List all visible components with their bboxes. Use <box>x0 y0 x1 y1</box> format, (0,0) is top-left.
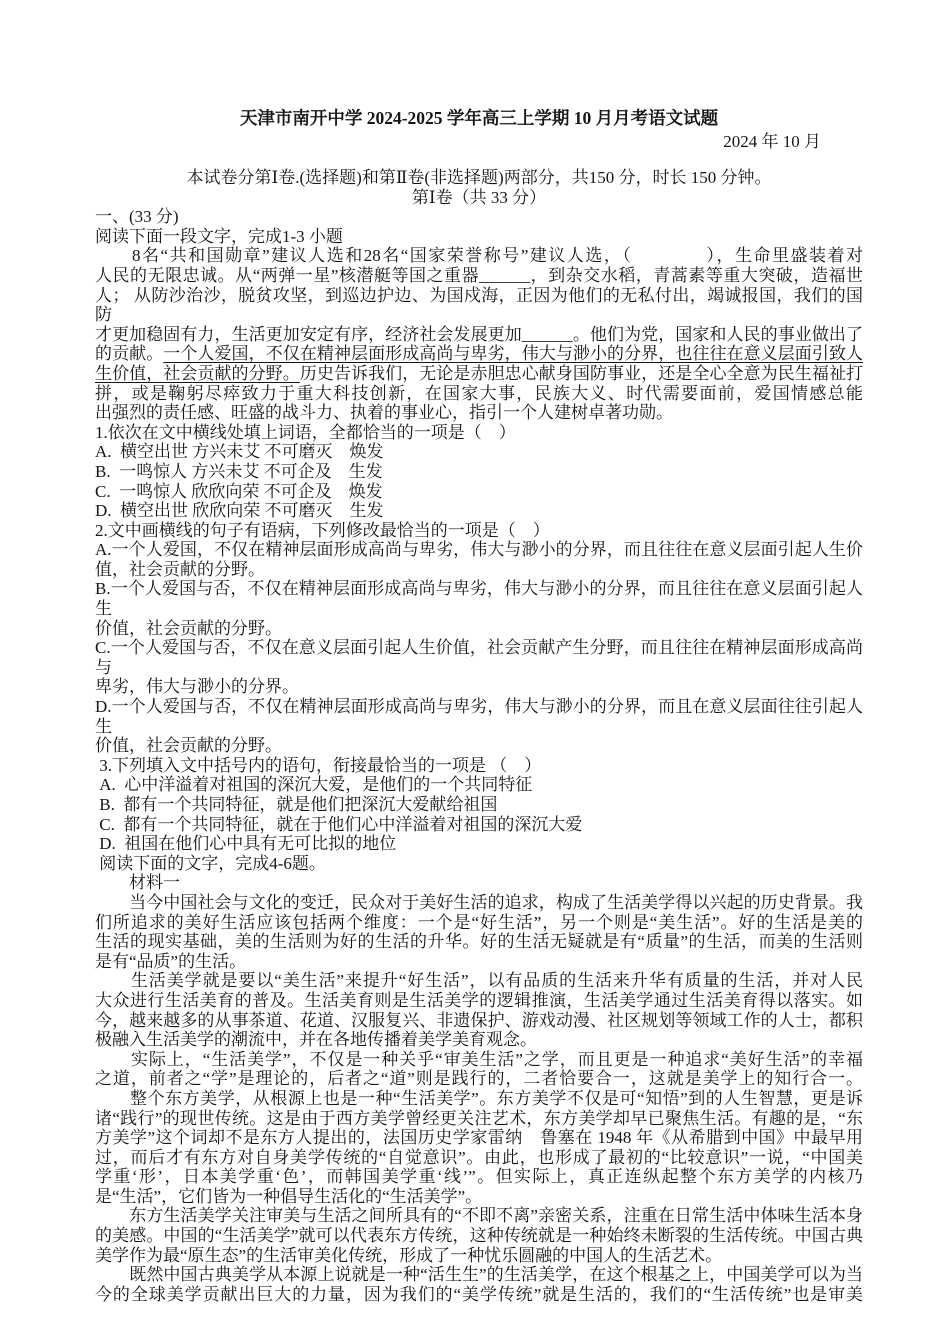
text-line: B. 都有一个共同特征，就是他们把深沉大爱献给祖国 <box>95 795 863 815</box>
text-segment: 当今中国社会与文化的变迁，民众对于美好生活的追求，构成了生活美学得以兴起的历史背… <box>95 893 863 912</box>
question-1-option-c: C. 一鸣惊人 欣欣向荣 不可企及 焕发 <box>95 482 863 502</box>
text-line: 的贡献。一个人爱国，不仅在精神层面形成高尚与卑劣，伟大与渺小的分界，也往往在意义… <box>95 344 863 364</box>
material-1-paragraph-1: 当今中国社会与文化的变迁，民众对于美好生活的追求，构成了生活美学得以兴起的历史背… <box>95 893 863 971</box>
text-segment: 们所追求的美好生活应该包括两个维度：一个是“好生活”，另一个则是“美生活”。好的… <box>95 913 863 932</box>
text-line: 当今中国社会与文化的变迁，民众对于美好生活的追求，构成了生活美学得以兴起的历史背… <box>95 893 863 913</box>
text-segment: 人民的无限忠诚。从“两弹一星”核潜艇等国之重器______，到杂交水稻，青蒿素等… <box>95 266 863 285</box>
text-segment: 今的全球美学贡献出巨大的力量，因为我们的“美学传统”就是生活的，我们的“生活传统… <box>95 1285 863 1304</box>
text-segment: 一、(33 分) <box>95 207 179 226</box>
text-segment: C.一个人爱国与否，不仅在意义层面引起人生价值，社会贡献产生分野，而且往往在精神… <box>95 638 863 677</box>
material-1-heading: 材料一 <box>95 873 863 893</box>
text-line: 大众进行生活美育的普及。生活美育则是生活美学的逻辑推演，生活美学通过生活美育得以… <box>95 991 863 1011</box>
question-1-stem: 1.依次在文中横线处填上词语，全都恰当的一项是（ ） <box>95 423 863 443</box>
material-1-paragraph-4: 整个东方美学，从根源上也是一种“生活美学”。东方美学不仅是可“知悟”到的人生智慧… <box>95 1089 863 1207</box>
question-3-option-b: B. 都有一个共同特征，就是他们把深沉大爱献给祖国 <box>95 795 863 815</box>
text-segment: B. 一鸣惊人 方兴未艾 不可企及 生发 <box>95 462 383 481</box>
text-line: 诸“践行”的现世传统。这是由于西方美学曾经更关注艺术，东方美学却早已聚焦生活。有… <box>95 1109 863 1129</box>
text-line: 东方生活美学关注审美与生活之间所具有的“不即不离”亲密关系，注重在日常生活中体味… <box>95 1206 863 1226</box>
text-segment: 2.文中画横线的句子有语病，下列修改最恰当的一项是（ ） <box>95 521 550 540</box>
document-date: 2024 年 10 月 <box>95 130 863 154</box>
text-segment: 既然中国古典美学从本源上说就是一种“活生生”的生活美学，在这个根基之上，中国美学… <box>95 1265 863 1284</box>
question-3-option-d: D. 祖国在他们心中具有无可比拟的地位 <box>95 834 863 854</box>
text-segment: 是有“品质”的生活。 <box>95 952 246 971</box>
reading-passage-1: 8名“共和国勋章”建议人选和28名“国家荣誉称号”建议人选，（ ），生命里盛装着… <box>95 246 863 422</box>
text-line: 2.文中画横线的句子有语病，下列修改最恰当的一项是（ ） <box>95 521 863 541</box>
question-3-stem: 3.下列填入文中括号内的语句，衔接最恰当的一项是 （ ） <box>95 756 863 776</box>
text-line: 整个东方美学，从根源上也是一种“生活美学”。东方美学不仅是可“知悟”到的人生智慧… <box>95 1089 863 1109</box>
text-line: 材料一 <box>95 873 863 893</box>
text-line: C.一个人爱国与否，不仅在意义层面引起人生价值，社会贡献产生分野，而且往往在精神… <box>95 638 863 677</box>
question-2-option-c: C.一个人爱国与否，不仅在意义层面引起人生价值，社会贡献产生分野，而且往往在精神… <box>95 638 863 697</box>
text-segment: 之道，前者之“学”是理论的，后者之“道”则是践行的，二者恰要合一，这就是美学上的… <box>95 1069 863 1088</box>
text-segment: 今，越来越多的从事茶道、花道、汉服复兴、非遗保护、游戏动漫、社区规划等领域工作的… <box>95 1011 863 1030</box>
text-line: B.一个人爱国与否，不仅在精神层面形成高尚与卑劣，伟大与渺小的分界，而且往往在意… <box>95 579 863 618</box>
text-segment: 值，社会贡献的分野。 <box>95 560 265 579</box>
text-segment: 卑劣，伟大与渺小的分界。 <box>95 677 299 696</box>
document-title: 天津市南开中学 2024-2025 学年高三上学期 10 月月考语文试题 <box>95 106 863 130</box>
text-line: 之道，前者之“学”是理论的，后者之“道”则是践行的，二者恰要合一，这就是美学上的… <box>95 1069 863 1089</box>
text-segment: D. 祖国在他们心中具有无可比拟的地位 <box>95 834 396 853</box>
document-body: 一、(33 分)阅读下面一段文字，完成1-3 小题 8名“共和国勋章”建议人选和… <box>95 207 863 1304</box>
text-segment: 过，而后才有东方对自身美学传统的“自觉意识”。由此，也形成了最初的“比较意识”一… <box>95 1148 863 1167</box>
material-1-paragraph-3: 实际上，“生活美学”，不仅是一种关乎“审美生活”之学，而且更是一种追求“美好生活… <box>95 1050 863 1089</box>
text-segment: A. 心中洋溢着对祖国的深沉大爱，是他们的一个共同特征 <box>95 775 532 794</box>
text-segment: 生活美学就是要以“美生活”来提升“好生活”，以有品质的生活来升华有质量的生活，并… <box>95 971 863 990</box>
text-line: 极融入生活美学的潮流中，并在各地传播着美学美育观念。 <box>95 1030 863 1050</box>
question-3-option-a: A. 心中洋溢着对祖国的深沉大爱，是他们的一个共同特征 <box>95 775 863 795</box>
underlined-text: 一个人爱国，不仅在精神层面形成高尚与卑劣，伟大与渺小的分界，也往往在意义层面引致… <box>163 344 863 363</box>
text-segment: 历史告诉我们，无论是赤胆忠心献身国防事业，还是全心全意为民生福祉打 <box>300 364 863 383</box>
text-line: 值，社会贡献的分野。 <box>95 560 863 580</box>
text-line: 价值，社会贡献的分野。 <box>95 619 863 639</box>
text-line: 一、(33 分) <box>95 207 863 227</box>
text-segment: A.一个人爱国，不仅在精神层面形成高尚与卑劣，伟大与渺小的分界，而且往往在意义层… <box>95 540 863 559</box>
text-line: 才更加稳固有力，生活更加安定有序，经济社会发展更加______。他们为党，国家和… <box>95 325 863 345</box>
text-line: 的美感。中国的“生活美学”就可以代表东方传统，这种传统就是一种始终未断裂的生活传… <box>95 1226 863 1246</box>
text-line: 生活的现实基础，美的生活则为好的生活的升华。好的生活无疑就是有“质量”的生活，而… <box>95 932 863 952</box>
text-line: A. 横空出世 方兴未艾 不可磨灭 焕发 <box>95 442 863 462</box>
question-1-option-d: D. 横空出世 欣欣向荣 不可磨灭 生发 <box>95 501 863 521</box>
text-line: 拼，或是鞠躬尽瘁致力于重大科技创新，在国家大事，民族大义、时代需要面前，爱国情感… <box>95 384 863 404</box>
text-segment: A. 横空出世 方兴未艾 不可磨灭 焕发 <box>95 442 384 461</box>
text-segment: 东方生活美学关注审美与生活之间所具有的“不即不离”亲密关系，注重在日常生活中体味… <box>95 1206 863 1225</box>
text-line: 3.下列填入文中括号内的语句，衔接最恰当的一项是 （ ） <box>95 756 863 776</box>
text-line: 们所追求的美好生活应该包括两个维度：一个是“好生活”，另一个则是“美生活”。好的… <box>95 913 863 933</box>
text-line: 今，越来越多的从事茶道、花道、汉服复兴、非遗保护、游戏动漫、社区规划等领域工作的… <box>95 1011 863 1031</box>
text-line: C. 一鸣惊人 欣欣向荣 不可企及 焕发 <box>95 482 863 502</box>
text-line: D.一个人爱国与否，不仅在精神层面形成高尚与卑劣，伟大与渺小的分界，而且在意义层… <box>95 697 863 736</box>
material-1-paragraph-6: 既然中国古典美学从本源上说就是一种“活生生”的生活美学，在这个根基之上，中国美学… <box>95 1265 863 1304</box>
text-segment: 诸“践行”的现世传统。这是由于西方美学曾经更关注艺术，东方美学却早已聚焦生活。有… <box>95 1109 863 1128</box>
text-segment: 极融入生活美学的潮流中，并在各地传播着美学美育观念。 <box>95 1030 537 1049</box>
text-line: 人； 从防沙治沙，脱贫攻坚，到巡边护边、为国戍海，正因为他们的无私付出，竭诚报国… <box>95 286 863 325</box>
text-segment: 价值，社会贡献的分野。 <box>95 736 282 755</box>
section-1-heading: 第Ⅰ卷（共 33 分） <box>95 188 863 208</box>
text-segment: 8名“共和国勋章”建议人选和28名“国家荣誉称号”建议人选，（ ），生命里盛装着… <box>95 246 863 265</box>
text-line: 人民的无限忠诚。从“两弹一星”核潜艇等国之重器______，到杂交水稻，青蒿素等… <box>95 266 863 286</box>
underlined-text: 生价值，社会贡献的分野。 <box>95 364 300 383</box>
question-3-option-c: C. 都有一个共同特征，就在于他们心中洋溢着对祖国的深沉大爱 <box>95 815 863 835</box>
text-line: 实际上，“生活美学”，不仅是一种关乎“审美生活”之学，而且更是一种追求“美好生活… <box>95 1050 863 1070</box>
text-segment: 阅读下面的文字，完成4-6题。 <box>95 854 326 873</box>
text-segment: 是“生活”，它们皆为一种倡导生活化的“生活美学”。 <box>95 1187 482 1206</box>
text-line: 8名“共和国勋章”建议人选和28名“国家荣誉称号”建议人选，（ ），生命里盛装着… <box>95 246 863 266</box>
text-line: 出强烈的责任感、旺盛的战斗力、执着的事业心，指引一个人建树卓著功勋。 <box>95 403 863 423</box>
text-segment: 生活的现实基础，美的生活则为好的生活的升华。好的生活无疑就是有“质量”的生活，而… <box>95 932 863 951</box>
text-segment: 1.依次在文中横线处填上词语，全都恰当的一项是（ ） <box>95 423 516 442</box>
exam-info: 本试卷分第Ⅰ卷.(选择题)和第Ⅱ卷(非选择题)两部分，共150 分，时长 150… <box>95 168 863 188</box>
material-1-paragraph-2: 生活美学就是要以“美生活”来提升“好生活”，以有品质的生活来升华有质量的生活，并… <box>95 971 863 1049</box>
text-segment: 实际上，“生活美学”，不仅是一种关乎“审美生活”之学，而且更是一种追求“美好生活… <box>95 1050 863 1069</box>
text-line: 生价值，社会贡献的分野。历史告诉我们，无论是赤胆忠心献身国防事业，还是全心全意为… <box>95 364 863 384</box>
text-segment: C. 都有一个共同特征，就在于他们心中洋溢着对祖国的深沉大爱 <box>95 815 582 834</box>
reading-instruction-1: 阅读下面一段文字，完成1-3 小题 <box>95 227 863 247</box>
text-segment: 的美感。中国的“生活美学”就可以代表东方传统，这种传统就是一种始终未断裂的生活传… <box>95 1226 863 1245</box>
header-spacer <box>95 154 863 168</box>
text-segment: B. 都有一个共同特征，就是他们把深沉大爱献给祖国 <box>95 795 497 814</box>
text-segment: 材料一 <box>95 873 180 892</box>
text-line: D. 横空出世 欣欣向荣 不可磨灭 生发 <box>95 501 863 521</box>
part-1-heading: 一、(33 分) <box>95 207 863 227</box>
text-segment: 美学作为最“原生态”的生活审美化传统，形成了一种忧乐圆融的中国人的生活艺术。 <box>95 1246 722 1265</box>
text-line: 阅读下面的文字，完成4-6题。 <box>95 854 863 874</box>
text-segment: 拼，或是鞠躬尽瘁致力于重大科技创新，在国家大事，民族大义、时代需要面前，爱国情感… <box>95 384 863 403</box>
text-segment: D.一个人爱国与否，不仅在精神层面形成高尚与卑劣，伟大与渺小的分界，而且在意义层… <box>95 697 863 736</box>
text-line: 学重‘形’，日本美学重‘色’，而韩国美学重‘线’”。但实际上，真正连纵起整个东方… <box>95 1167 863 1187</box>
text-line: 过，而后才有东方对自身美学传统的“自觉意识”。由此，也形成了最初的“比较意识”一… <box>95 1148 863 1168</box>
text-segment: 价值，社会贡献的分野。 <box>95 619 282 638</box>
document-page: 天津市南开中学 2024-2025 学年高三上学期 10 月月考语文试题 202… <box>0 0 950 1344</box>
text-segment: B.一个人爱国与否，不仅在精神层面形成高尚与卑劣，伟大与渺小的分界，而且往往在意… <box>95 579 863 618</box>
text-segment: 学重‘形’，日本美学重‘色’，而韩国美学重‘线’”。但实际上，真正连纵起整个东方… <box>95 1167 863 1186</box>
reading-instruction-2: 阅读下面的文字，完成4-6题。 <box>95 854 863 874</box>
text-segment: 整个东方美学，从根源上也是一种“生活美学”。东方美学不仅是可“知悟”到的人生智慧… <box>95 1089 863 1108</box>
text-line: A. 心中洋溢着对祖国的深沉大爱，是他们的一个共同特征 <box>95 775 863 795</box>
text-line: 美学作为最“原生态”的生活审美化传统，形成了一种忧乐圆融的中国人的生活艺术。 <box>95 1246 863 1266</box>
text-line: 价值，社会贡献的分野。 <box>95 736 863 756</box>
question-2-stem: 2.文中画横线的句子有语病，下列修改最恰当的一项是（ ） <box>95 521 863 541</box>
text-segment: 方美学”这个词却不是东方人提出的，法国历史学家雷纳 鲁塞在 1948 年《从希腊… <box>95 1128 863 1147</box>
text-segment: 阅读下面一段文字，完成1-3 小题 <box>95 227 343 246</box>
text-line: 生活美学就是要以“美生活”来提升“好生活”，以有品质的生活来升华有质量的生活，并… <box>95 971 863 991</box>
text-line: 是有“品质”的生活。 <box>95 952 863 972</box>
text-line: 今的全球美学贡献出巨大的力量，因为我们的“美学传统”就是生活的，我们的“生活传统… <box>95 1285 863 1305</box>
text-line: 1.依次在文中横线处填上词语，全都恰当的一项是（ ） <box>95 423 863 443</box>
text-line: A.一个人爱国，不仅在精神层面形成高尚与卑劣，伟大与渺小的分界，而且往往在意义层… <box>95 540 863 560</box>
text-line: 卑劣，伟大与渺小的分界。 <box>95 677 863 697</box>
question-1-option-b: B. 一鸣惊人 方兴未艾 不可企及 生发 <box>95 462 863 482</box>
question-1-option-a: A. 横空出世 方兴未艾 不可磨灭 焕发 <box>95 442 863 462</box>
text-segment: 出强烈的责任感、旺盛的战斗力、执着的事业心，指引一个人建树卓著功勋。 <box>95 403 673 422</box>
question-2-option-a: A.一个人爱国，不仅在精神层面形成高尚与卑劣，伟大与渺小的分界，而且往往在意义层… <box>95 540 863 579</box>
text-segment: 3.下列填入文中括号内的语句，衔接最恰当的一项是 （ ） <box>95 756 541 775</box>
text-line: B. 一鸣惊人 方兴未艾 不可企及 生发 <box>95 462 863 482</box>
question-2-option-d: D.一个人爱国与否，不仅在精神层面形成高尚与卑劣，伟大与渺小的分界，而且在意义层… <box>95 697 863 756</box>
text-segment: C. 一鸣惊人 欣欣向荣 不可企及 焕发 <box>95 482 383 501</box>
text-line: C. 都有一个共同特征，就在于他们心中洋溢着对祖国的深沉大爱 <box>95 815 863 835</box>
text-segment: 大众进行生活美育的普及。生活美育则是生活美学的逻辑推演，生活美学通过生活美育得以… <box>95 991 863 1010</box>
question-2-option-b: B.一个人爱国与否，不仅在精神层面形成高尚与卑劣，伟大与渺小的分界，而且往往在意… <box>95 579 863 638</box>
material-1-paragraph-5: 东方生活美学关注审美与生活之间所具有的“不即不离”亲密关系，注重在日常生活中体味… <box>95 1206 863 1265</box>
text-line: 阅读下面一段文字，完成1-3 小题 <box>95 227 863 247</box>
text-segment: 人； 从防沙治沙，脱贫攻坚，到巡边护边、为国戍海，正因为他们的无私付出，竭诚报国… <box>95 286 863 325</box>
text-line: 方美学”这个词却不是东方人提出的，法国历史学家雷纳 鲁塞在 1948 年《从希腊… <box>95 1128 863 1148</box>
text-segment: 的贡献。 <box>95 344 163 363</box>
text-line: 是“生活”，它们皆为一种倡导生活化的“生活美学”。 <box>95 1187 863 1207</box>
text-segment: 才更加稳固有力，生活更加安定有序，经济社会发展更加______。他们为党，国家和… <box>95 325 863 344</box>
text-line: D. 祖国在他们心中具有无可比拟的地位 <box>95 834 863 854</box>
text-segment: D. 横空出世 欣欣向荣 不可磨灭 生发 <box>95 501 384 520</box>
text-line: 既然中国古典美学从本源上说就是一种“活生生”的生活美学，在这个根基之上，中国美学… <box>95 1265 863 1285</box>
